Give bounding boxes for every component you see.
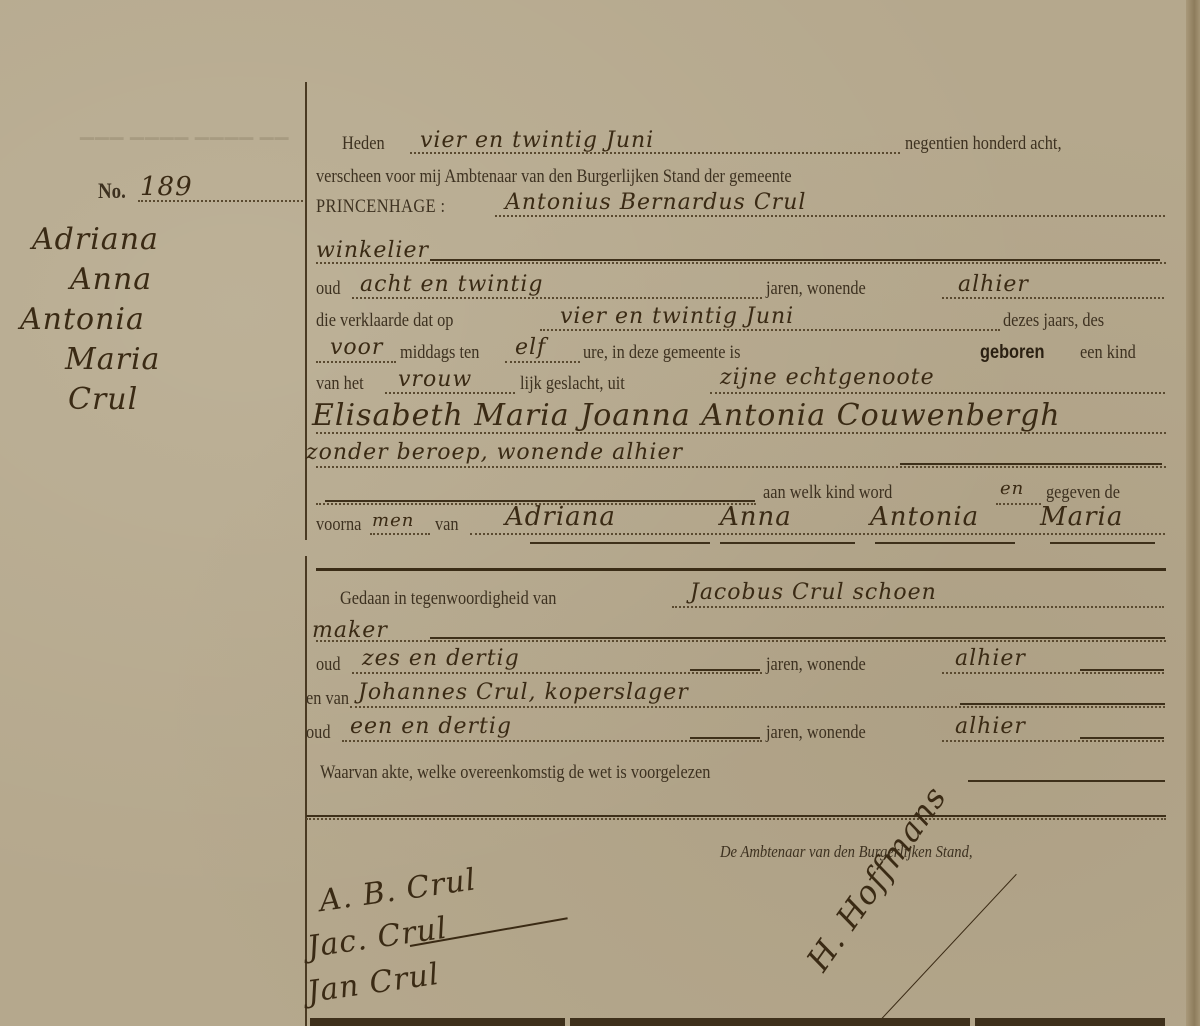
form-voorna: voorna	[316, 514, 361, 536]
hw-witness1-occupation: maker	[312, 618, 388, 643]
fill-line	[942, 740, 1164, 742]
hw-given-name-1: Adriana	[505, 502, 616, 532]
hw-witness1: Jacobus Crul schoen	[690, 580, 937, 605]
hw-given-name-3: Antonia	[870, 502, 979, 532]
hw-spouse-intro: zijne echtgenoote	[720, 365, 935, 390]
footer-rule	[310, 1018, 565, 1026]
form-jaren-wonende-3: jaren, wonende	[766, 722, 866, 744]
fill-line	[672, 606, 1164, 608]
fill-line	[350, 706, 1165, 708]
form-oud-3: oud	[306, 722, 331, 744]
form-aan-welk-kind: aan welk kind word	[763, 482, 892, 504]
hw-sex: vrouw	[398, 367, 472, 392]
fill-line	[316, 262, 1166, 264]
hw-witness2: Johannes Crul, koperslager	[358, 680, 689, 705]
name-underline	[1050, 542, 1155, 544]
margin-name-4: Maria	[65, 342, 160, 377]
name-underline	[875, 542, 1015, 544]
fill-line	[342, 740, 762, 742]
fill-line	[306, 818, 1166, 820]
fill-stroke	[960, 703, 1165, 705]
fill-stroke	[690, 737, 760, 739]
fill-line	[942, 672, 1164, 674]
form-geboren: geboren	[980, 342, 1044, 364]
fill-stroke	[900, 463, 1162, 465]
fill-stroke	[1080, 669, 1164, 671]
margin-name-2: Anna	[70, 262, 152, 297]
fill-line	[352, 297, 762, 299]
signature-witness2: Jan Crul	[305, 957, 442, 1010]
hw-declarant: Antonius Bernardus Crul	[505, 190, 806, 215]
hw-witness1-age: zes en dertig	[362, 646, 520, 671]
fill-line	[385, 392, 515, 394]
hw-men: men	[372, 510, 414, 531]
form-year-text: negentien honderd acht,	[905, 133, 1062, 155]
fill-stroke	[968, 780, 1165, 782]
form-heden: Heden	[342, 133, 385, 155]
fill-line	[316, 361, 396, 363]
closing-rule	[306, 815, 1166, 817]
fill-line	[470, 533, 1165, 535]
form-oud: oud	[316, 278, 341, 300]
form-oud-2: oud	[316, 654, 341, 676]
bleed-through-text: ▔▔▔ ▔▔▔▔ ▔▔▔▔ ▔▔	[80, 138, 289, 159]
fill-line	[942, 297, 1164, 299]
form-waarvan-akte: Waarvan akte, welke overeenkomstig de we…	[320, 762, 710, 784]
hw-hour: elf	[515, 335, 546, 360]
official-signature-flourish	[880, 874, 1017, 1021]
name-underline	[720, 542, 855, 544]
form-van-het: van het	[316, 373, 364, 395]
column-rule-lower	[305, 556, 307, 1026]
official-title: De Ambtenaar van den Burgerlijken Stand,	[720, 842, 973, 862]
act-number-label: No.	[98, 178, 126, 204]
form-middags-ten: middags ten	[400, 342, 479, 364]
fill-line	[710, 392, 1165, 394]
footer-rule	[975, 1018, 1165, 1026]
act-number-value: 189	[140, 172, 193, 202]
fill-line	[540, 329, 1000, 331]
fill-line	[996, 503, 1041, 505]
fill-line	[495, 215, 1165, 217]
form-lijk-geslacht: lijk geslacht, uit	[520, 373, 625, 395]
hw-witness2-residence: alhier	[955, 714, 1026, 739]
form-verscheen: verscheen voor mij Ambtenaar van den Bur…	[316, 166, 792, 188]
form-die-verklaarde: die verklaarde dat op	[316, 310, 453, 332]
hw-mother-occupation: zonder beroep, wonende alhier	[306, 440, 683, 465]
hw-period: voor	[330, 335, 383, 360]
hw-residence: alhier	[958, 272, 1029, 297]
hw-birth-date: vier en twintig Juni	[560, 304, 794, 329]
margin-name-3: Antonia	[20, 302, 145, 337]
fill-line	[316, 466, 1166, 468]
margin-surname: Crul	[68, 382, 138, 417]
form-en-van: en van	[306, 688, 349, 710]
form-ure: ure, in deze gemeente is	[583, 342, 740, 364]
hw-age: acht en twintig	[360, 272, 543, 297]
hw-given-name-2: Anna	[720, 502, 792, 532]
fill-stroke	[430, 259, 1160, 261]
form-dezes-jaars: dezes jaars, des	[1003, 310, 1104, 332]
fill-stroke	[690, 669, 760, 671]
certificate-page: ▔▔▔ ▔▔▔▔ ▔▔▔▔ ▔▔ No. 189 Adriana Anna An…	[0, 0, 1200, 1026]
form-gegeven-de: gegeven de	[1046, 482, 1120, 504]
form-jaren-wonende: jaren, wonende	[766, 278, 866, 300]
hw-worden: en	[1000, 478, 1024, 499]
fill-stroke	[1080, 737, 1164, 739]
form-van: van	[435, 514, 459, 536]
hw-occupation: winkelier	[316, 238, 429, 263]
form-jaren-wonende-2: jaren, wonende	[766, 654, 866, 676]
form-municipality: PRINCENHAGE :	[316, 196, 446, 218]
hw-witness2-age: een en dertig	[350, 714, 512, 739]
section-separator	[316, 568, 1166, 571]
hw-witness1-residence: alhier	[955, 646, 1026, 671]
hw-mother-name: Elisabeth Maria Joanna Antonia Couwenber…	[312, 398, 1061, 433]
signature-official: H. Hoffmans	[799, 779, 954, 978]
act-number-line	[138, 200, 303, 202]
form-een-kind: een kind	[1080, 342, 1136, 364]
fill-line	[352, 672, 762, 674]
fill-line	[505, 361, 580, 363]
margin-name-1: Adriana	[32, 222, 159, 257]
footer-rule	[570, 1018, 970, 1026]
hw-date: vier en twintig Juni	[420, 128, 654, 153]
page-edge	[1186, 0, 1200, 1026]
fill-line	[370, 533, 430, 535]
signature-witness1: Jac. Crul	[305, 911, 449, 965]
fill-stroke	[430, 637, 1165, 639]
name-underline	[530, 542, 710, 544]
signature-declarant: A. B. Crul	[317, 862, 478, 919]
form-gedaan: Gedaan in tegenwoordigheid van	[340, 588, 556, 610]
column-rule-upper	[305, 82, 307, 540]
hw-given-name-4: Maria	[1040, 502, 1123, 532]
fill-line	[316, 640, 1166, 642]
